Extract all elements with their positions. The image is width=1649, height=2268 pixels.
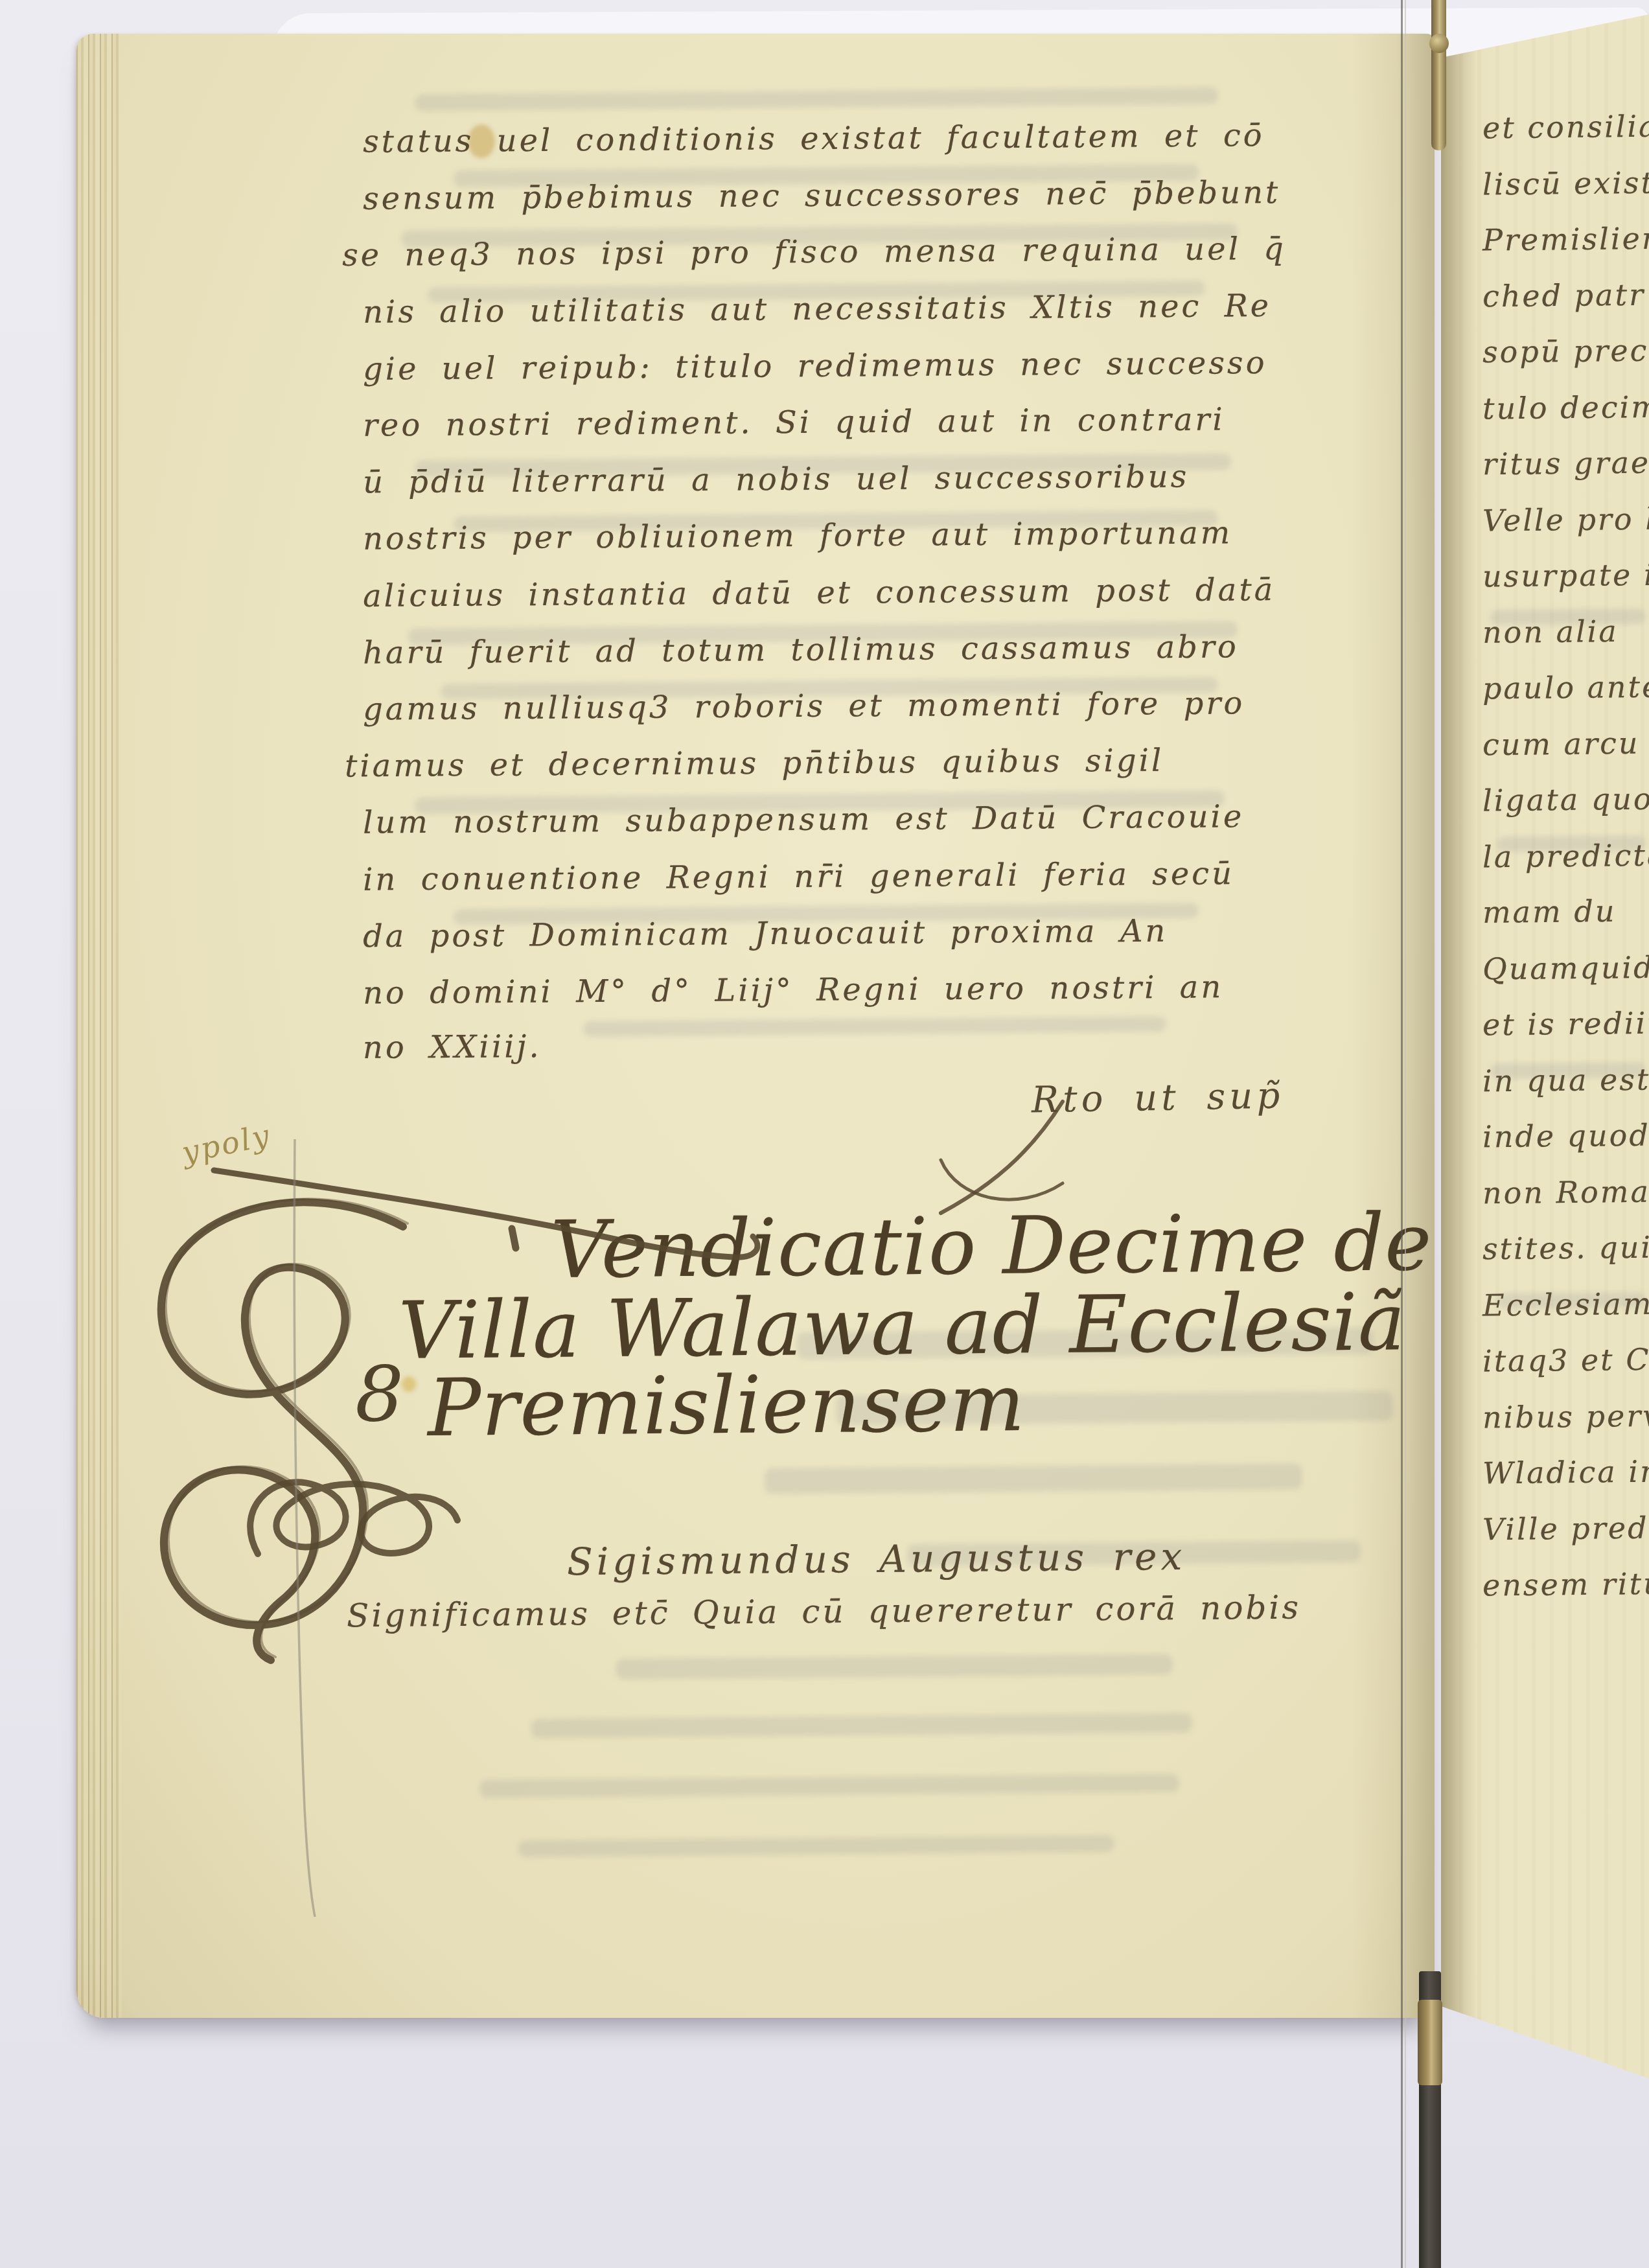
metal-rod-knob bbox=[1429, 34, 1449, 53]
thin-wire-highlight bbox=[1405, 0, 1406, 2268]
registration-tail-swash bbox=[941, 1102, 1063, 1213]
knot-flourish bbox=[250, 1482, 457, 1554]
thin-wire-rod bbox=[1401, 0, 1403, 2268]
registration-under-curve bbox=[941, 1160, 1063, 1199]
manuscript-photo: { "colors": { "backdrop": "#eae8ef", "pa… bbox=[0, 0, 1649, 2268]
metal-rod-top bbox=[1431, 0, 1446, 150]
metal-rod-ferrule bbox=[1418, 2000, 1442, 2085]
initial-s-flourish bbox=[161, 1202, 403, 1660]
heading-tick bbox=[512, 1229, 516, 1248]
